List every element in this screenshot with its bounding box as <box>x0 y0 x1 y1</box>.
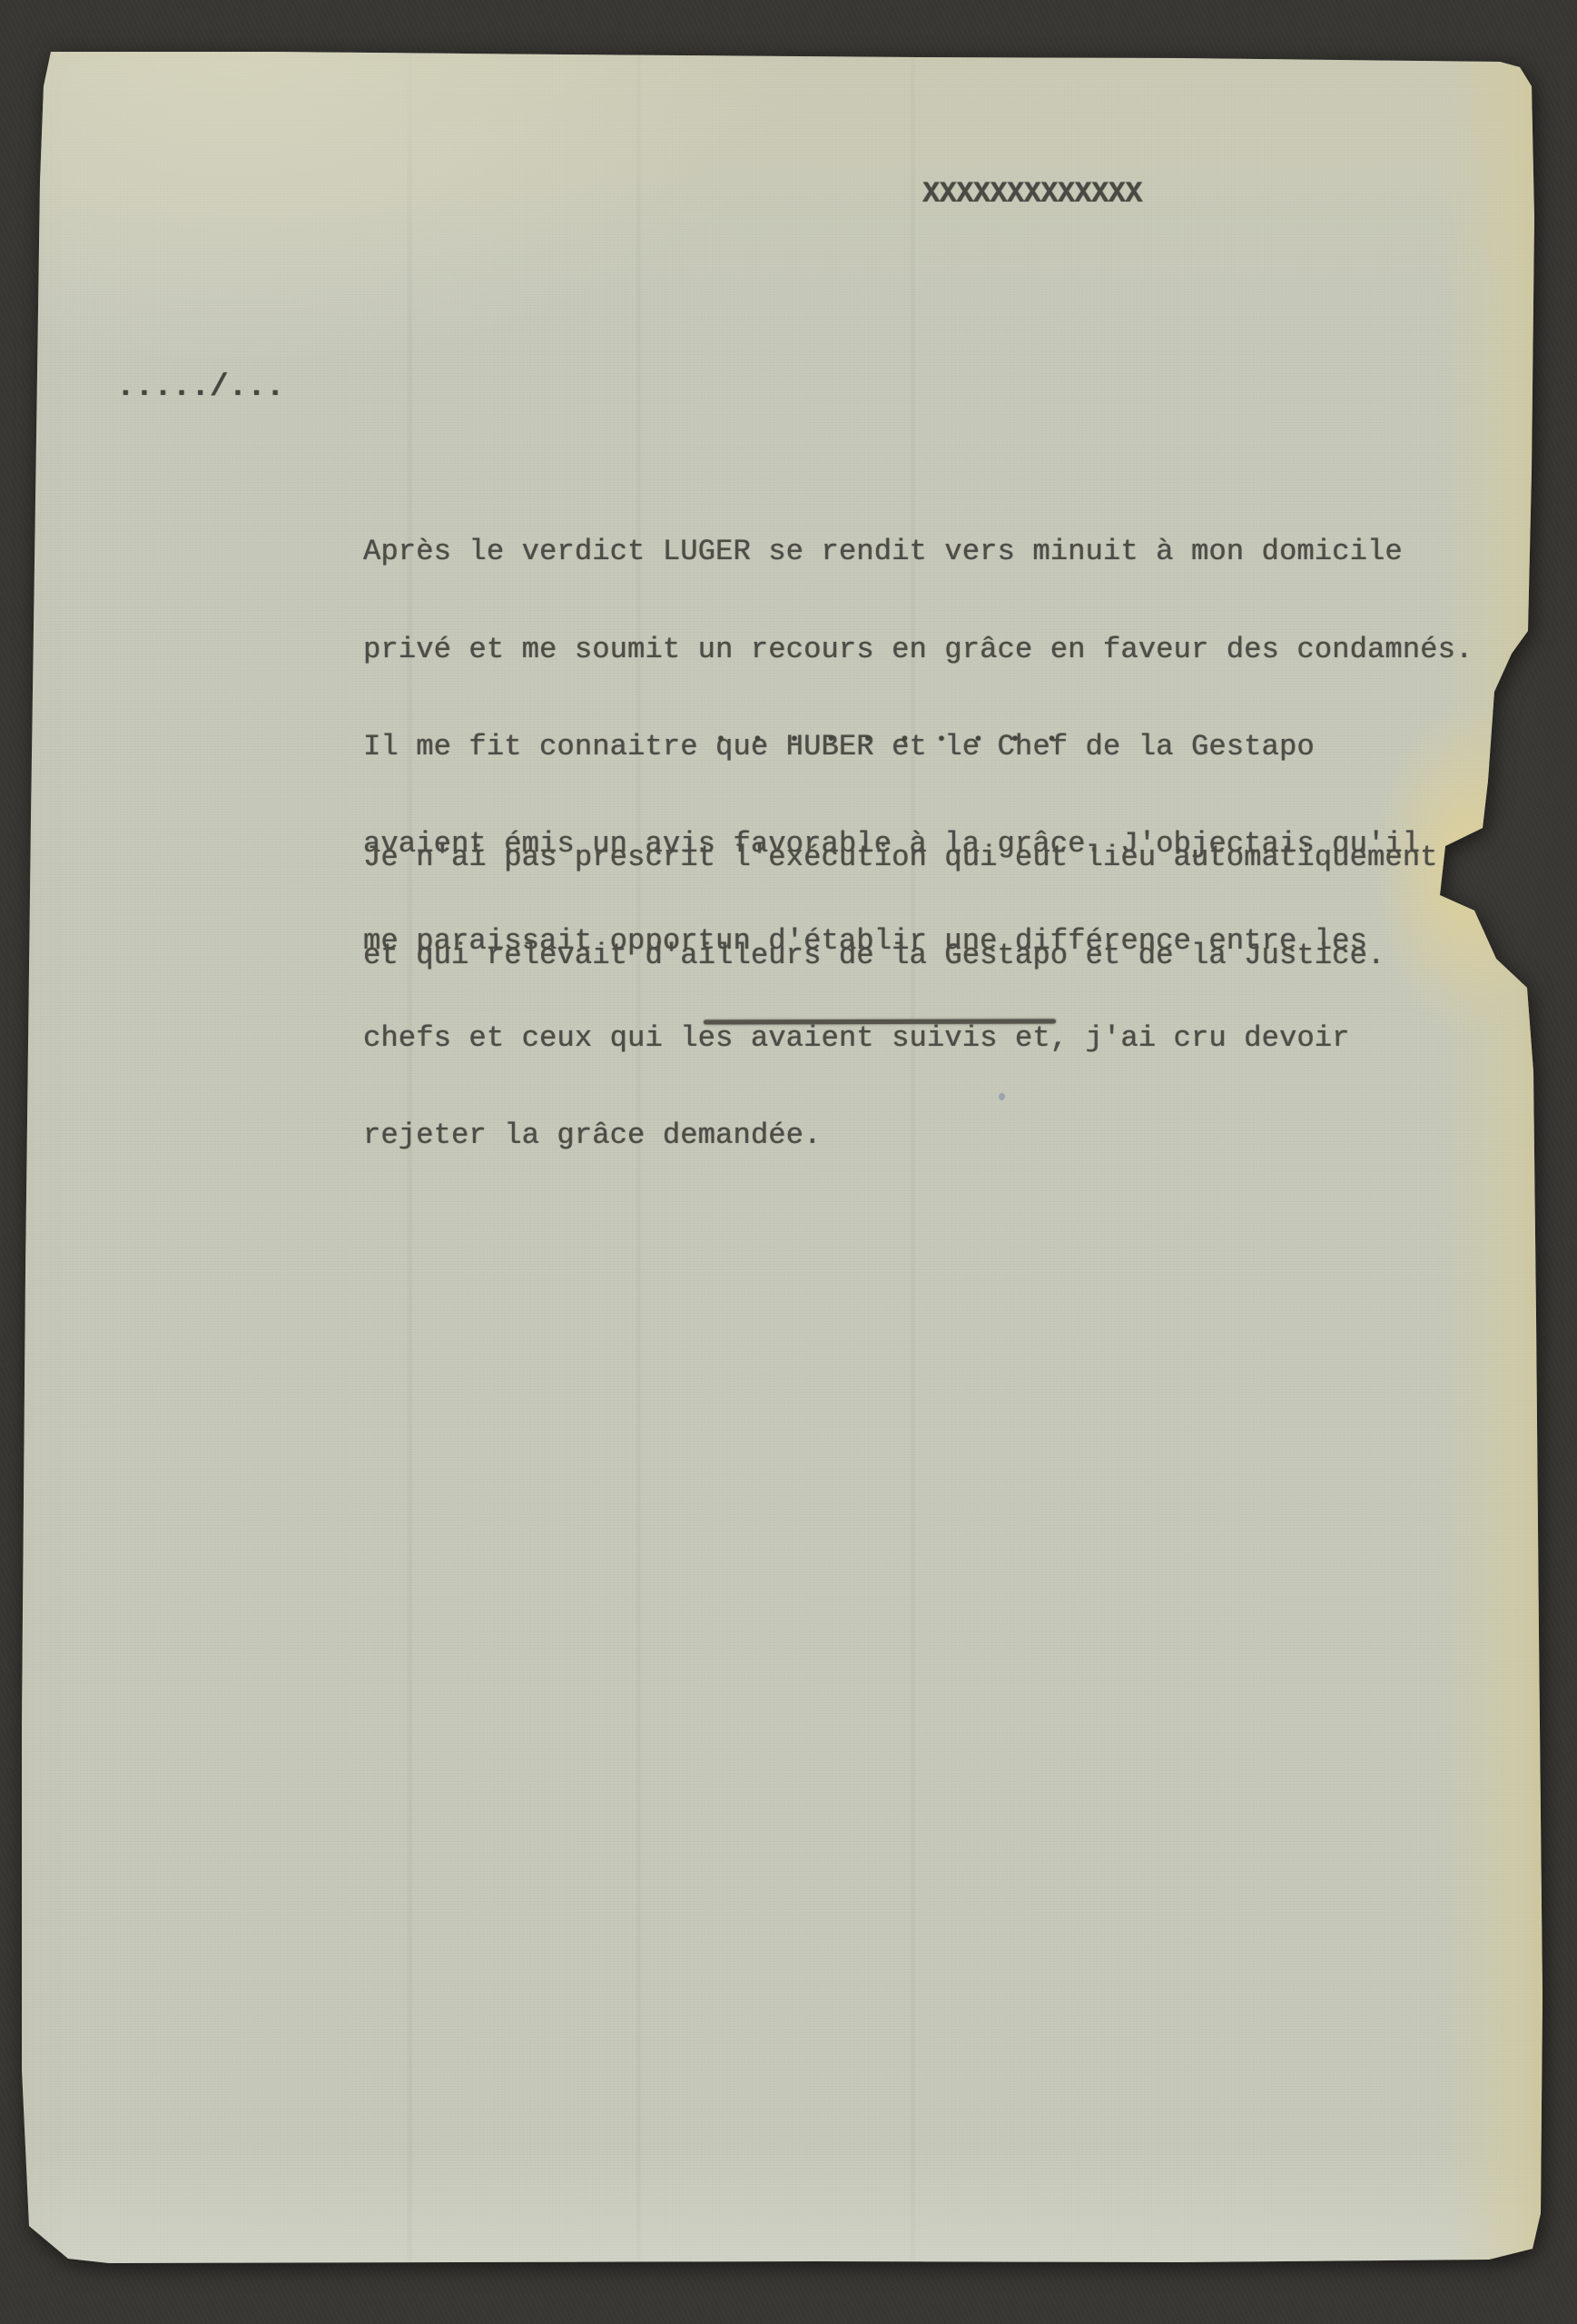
typewritten-line: Je n'ai pas prescrit l'exécution qui eut… <box>363 842 1438 874</box>
separator-dots: •••••••••• <box>715 724 1083 757</box>
typewritten-line: privé et me soumit un recours en grâce e… <box>363 634 1473 666</box>
photo-backdrop: XXXXXXXXXXXXX ...../... Après le verdict… <box>0 0 1577 2324</box>
ink-speck <box>999 1093 1005 1100</box>
closing-rule <box>704 1019 1056 1024</box>
paragraph-2: Je n'ai pas prescrit l'exécution qui eut… <box>363 777 1438 1037</box>
typewritten-line: Après le verdict LUGER se rendit vers mi… <box>363 536 1473 568</box>
document-page: XXXXXXXXXXXXX ...../... Après le verdict… <box>0 0 1577 2324</box>
typewritten-line: et qui relevait d'ailleurs de la Gestapo… <box>363 940 1438 972</box>
redaction-x-row: XXXXXXXXXXXXX <box>922 178 1142 211</box>
typewritten-line: rejeter la grâce demandée. <box>363 1119 1473 1152</box>
document-page-wrapper: XXXXXXXXXXXXX ...../... Après le verdict… <box>0 0 1577 2324</box>
continuation-mark: ...../... <box>116 372 284 405</box>
